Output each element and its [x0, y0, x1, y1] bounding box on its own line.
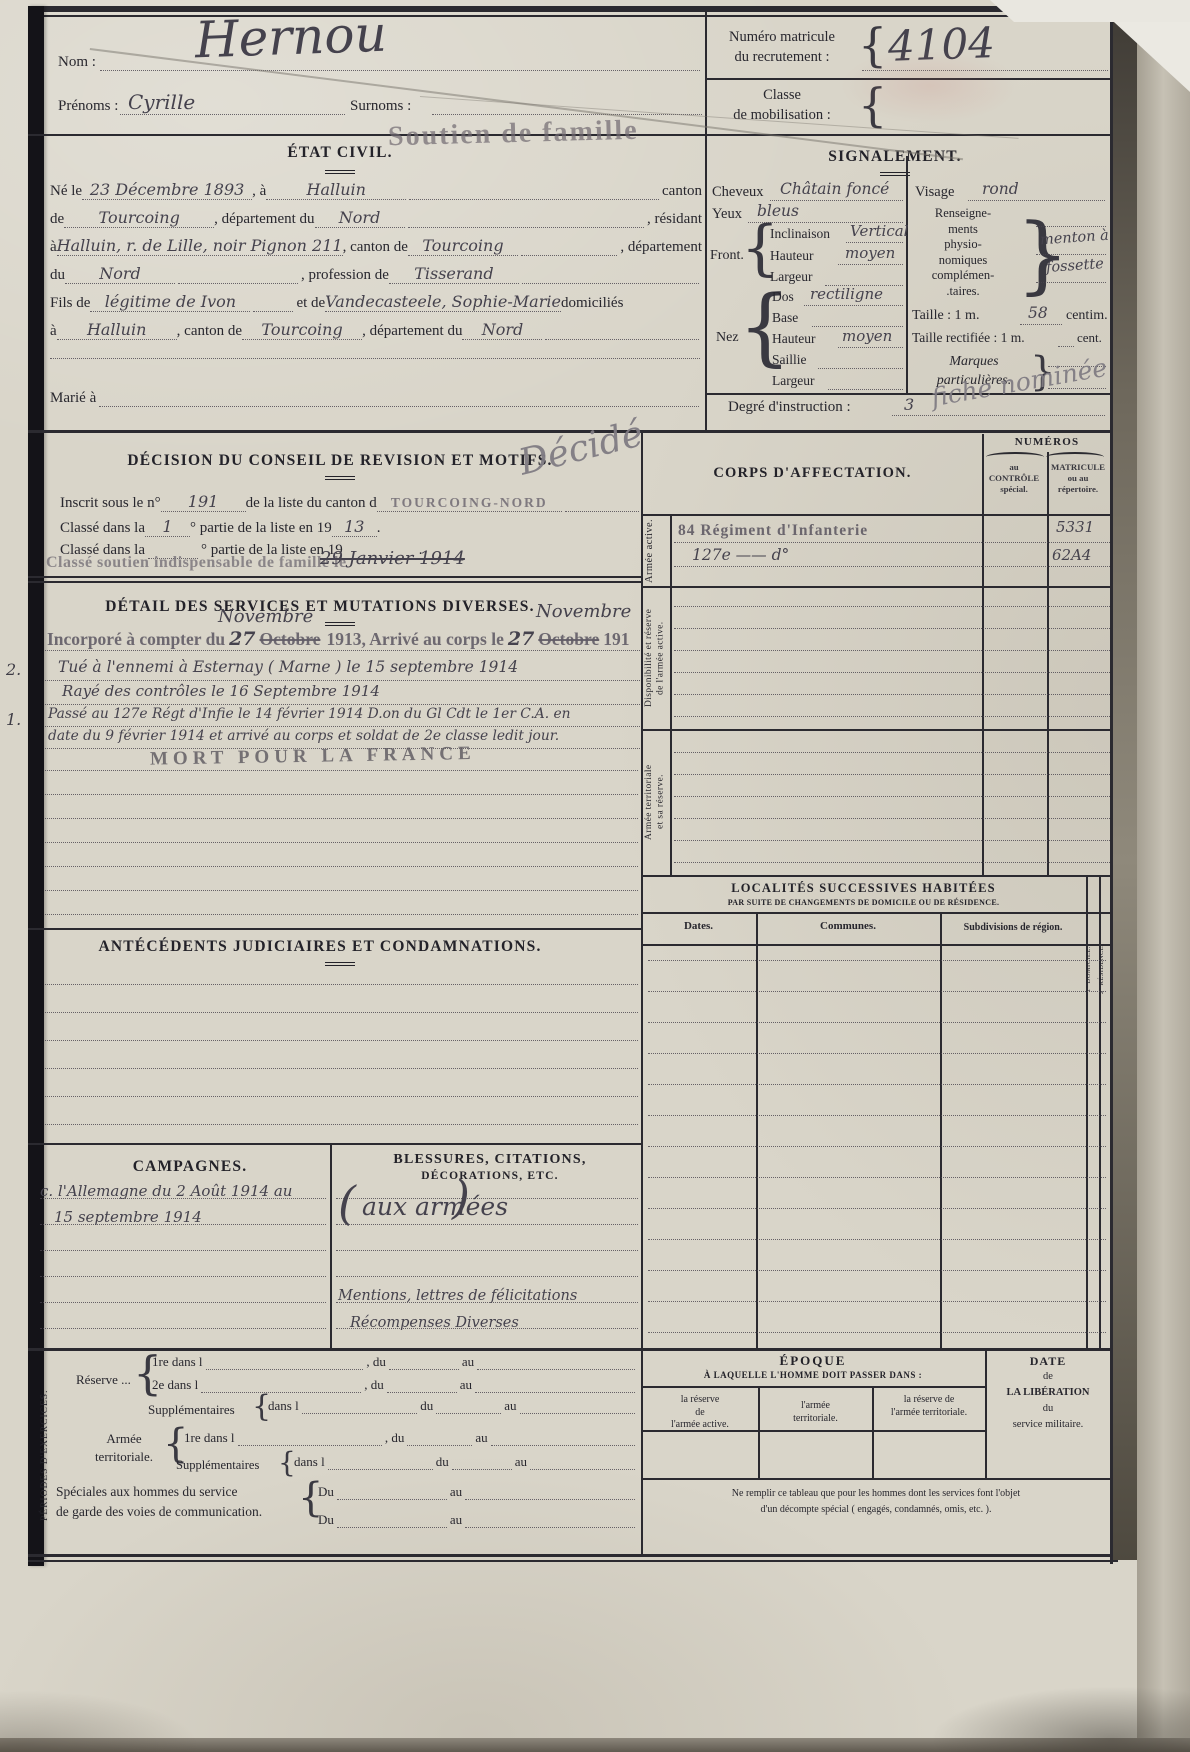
dotted-line — [674, 818, 1110, 819]
domicile-parents-line: à Halluin , canton de Tourcoing , départ… — [50, 320, 702, 340]
label: ° partie de la liste en 19 — [190, 520, 332, 537]
speciales-line-1: Spéciales aux hommes du service — [56, 1484, 237, 1500]
dotted-fill — [328, 1465, 433, 1470]
annee: 13 — [332, 517, 377, 537]
label: au — [462, 1354, 474, 1370]
col-line — [756, 912, 758, 1348]
col-line — [872, 1386, 874, 1478]
dotted-line — [648, 1270, 1106, 1271]
dotted-line — [1036, 282, 1106, 283]
numero-liste: 191 — [161, 492, 246, 512]
dotted-line — [1036, 254, 1106, 255]
dotted-line — [648, 1239, 1106, 1240]
supplementaires-label-2: Supplémentaires — [176, 1458, 259, 1473]
dotted-fill — [545, 335, 699, 340]
label: , canton de — [343, 239, 408, 256]
armee-territoriale-label: Armée territoriale. — [84, 1430, 164, 1466]
territoriale-label: Armée territoriale et sa réserve. — [644, 732, 668, 872]
dotted-line — [648, 1053, 1106, 1054]
rule — [641, 912, 1110, 914]
dotted-line — [432, 114, 702, 115]
dotted-fill — [521, 251, 617, 256]
campagnes-divider — [330, 1143, 332, 1348]
label: canton — [662, 183, 702, 200]
dotted-fill — [522, 279, 699, 284]
subdivisions-col-header: Subdivisions de région. — [940, 922, 1086, 933]
title-rule — [325, 622, 355, 626]
degre-value: 3 — [904, 395, 914, 414]
label: , département du — [214, 211, 314, 228]
dotted-line — [674, 672, 1110, 673]
dos-label: Dos — [772, 289, 794, 305]
dotted-line — [648, 1332, 1106, 1333]
label: au — [475, 1430, 487, 1446]
dotted-line — [45, 650, 640, 651]
dotted-fill — [253, 307, 293, 312]
base-label: Base — [772, 310, 798, 326]
date-label-4: du — [988, 1403, 1108, 1414]
dotted-line — [45, 680, 640, 681]
commune-parents: Halluin — [57, 320, 177, 340]
passe-line-2: date du 9 février 1914 et arrivé au corp… — [48, 728, 559, 744]
dotted-line — [674, 566, 1110, 567]
dotted-line — [45, 1068, 638, 1069]
dotted-fill — [387, 1388, 457, 1393]
regiment-stamp: 84 Régiment d'Infanterie — [678, 522, 868, 540]
incorpore-stamp-line: Incorporé à compter du 27 Octobre 1913, … — [47, 628, 643, 650]
front-label: Front. — [710, 248, 744, 264]
dotted-line — [674, 628, 1110, 629]
dotted-line — [648, 991, 1106, 992]
antecedents-title: ANTÉCÉDENTS JUDICIAIRES ET CONDAMNATIONS… — [70, 938, 570, 956]
dotted-line — [648, 1146, 1106, 1147]
stamp-residue — [840, 48, 1020, 124]
rule — [641, 1478, 1110, 1480]
localites-title: LOCALITÉS SUCCESSIVES HABITÉES — [641, 881, 1086, 896]
dotted-line — [40, 1276, 326, 1277]
soutien-indispensable-stamp: Classé soutien indispensable de famille … — [46, 554, 347, 572]
dotted-line — [674, 796, 1110, 797]
dotted-line — [40, 1250, 326, 1251]
label: Fils de — [50, 295, 90, 312]
suppl-row-2: dans l du au — [294, 1454, 638, 1470]
dotted-line — [1058, 346, 1074, 347]
dotted-line — [1036, 226, 1106, 227]
label: 1re dans l — [184, 1430, 235, 1446]
mort-pour-la-france-stamp: MORT POUR LA FRANCE — [150, 743, 450, 770]
dotted-line — [45, 1124, 638, 1125]
label: , canton de — [177, 323, 242, 340]
dotted-line — [45, 1012, 638, 1013]
dotted-fill — [409, 195, 659, 200]
nez-hauteur-value: moyen — [842, 327, 892, 345]
localites-subtitle: PAR SUITE DE CHANGEMENTS DE DOMICILE OU … — [641, 898, 1086, 907]
signalement-divider — [906, 156, 908, 393]
label: à — [50, 239, 57, 256]
departement-parents: Nord — [462, 320, 542, 340]
periodes-label: PÉRIODES D'EXERCICES. — [40, 1360, 54, 1550]
speciales-line-2: de garde des voies de communication. — [56, 1504, 262, 1520]
dotted-fill — [201, 1388, 361, 1393]
dotted-fill — [436, 1409, 501, 1414]
campagne-line-2: 15 septembre 1914 — [54, 1208, 202, 1226]
nez-largeur-label: Largeur — [772, 373, 814, 389]
epoque-title: ÉPOQUE — [641, 1353, 985, 1369]
dotted-line — [45, 818, 638, 819]
dotted-line — [828, 389, 903, 390]
decide-pencil: Décidé — [515, 413, 647, 483]
canton-naissance: Tourcoing — [64, 208, 214, 228]
section-rule — [28, 1143, 641, 1145]
dotted-fill — [465, 1495, 635, 1500]
mentions-line-2: Récompenses Diverses — [350, 1315, 519, 1331]
label: Du — [318, 1484, 334, 1500]
label: Du — [318, 1512, 334, 1528]
epoque-note-2: d'un décompte spécial ( engagés, condamn… — [648, 1504, 1104, 1515]
services-title: DÉTAIL DES SERVICES ET MUTATIONS DIVERSE… — [80, 598, 560, 616]
canton-parents: Tourcoing — [242, 320, 362, 340]
nez-hauteur-label: Hauteur — [772, 331, 815, 347]
front-hauteur-label: Hauteur — [770, 248, 813, 264]
taille-value: 58 — [1028, 304, 1048, 322]
corps-title: CORPS D'AFFECTATION. — [645, 465, 980, 482]
label: domiciliés — [561, 295, 624, 312]
parents-line: Fils de légitime de Ivon et de Vandecast… — [50, 292, 702, 312]
dotted-line — [770, 200, 903, 201]
bottom-corner-blotch — [930, 1686, 1190, 1752]
surnoms-label: Surnoms : — [350, 98, 411, 115]
taille-rectifiee-label: Taille rectifiée : 1 m. — [912, 330, 1025, 346]
visage-value: rond — [982, 180, 1019, 198]
reserve-label: Réserve ... — [76, 1372, 131, 1388]
dotted-line — [804, 305, 903, 306]
rule — [641, 1386, 985, 1388]
profession: Tisserand — [389, 264, 519, 284]
dotted-line — [838, 264, 903, 265]
dotted-line — [648, 1301, 1106, 1302]
dotted-line — [648, 1084, 1106, 1085]
dotted-line — [846, 242, 903, 243]
nez-label: Nez — [716, 330, 739, 346]
dotted-line — [648, 960, 1106, 961]
hw-day: 27 — [508, 628, 534, 650]
birth-place: Halluin — [266, 180, 406, 200]
group-rule — [641, 586, 1110, 588]
dotted-fill — [520, 1409, 636, 1414]
section-rule — [28, 576, 641, 578]
dotted-line — [648, 1208, 1106, 1209]
classe-label: Classe de mobilisation : — [712, 86, 852, 125]
dotted-fill — [491, 1441, 635, 1446]
residence-line: à Halluin, r. de Lille, noir Pignon 211 … — [50, 236, 702, 256]
label: de — [50, 211, 64, 228]
residence-col-label: 2° RÉSIDENCE. — [1098, 914, 1111, 1024]
visage-label: Visage — [915, 184, 954, 201]
dotted-line — [45, 726, 640, 727]
date-label-1: DATE — [988, 1354, 1108, 1369]
title-rule — [325, 476, 355, 480]
col-line — [670, 515, 672, 875]
controle-col-header: au CONTRÔLE spécial. — [984, 462, 1044, 495]
mere: Vandecasteele, Sophie-Marie — [325, 292, 561, 312]
stamp-text: 1913, Arrivé au corps le — [326, 629, 503, 650]
nom-value: Hernou — [194, 5, 388, 70]
dotted-line — [648, 1177, 1106, 1178]
label: , résidant — [647, 211, 702, 228]
taille-rectifiee-unit: cent. — [1077, 330, 1102, 346]
label: 1re dans l — [152, 1354, 203, 1370]
epoque-note-1: Ne remplir ce tableau que pour les homme… — [648, 1488, 1104, 1499]
top-rule-thin — [28, 15, 1118, 17]
renseignements-label: Renseigne- ments physio- nomiques complé… — [912, 206, 1014, 299]
dotted-line — [45, 914, 638, 915]
dotted-line — [674, 774, 1110, 775]
label: du — [420, 1398, 433, 1414]
label: 2e dans l — [152, 1377, 198, 1393]
label: Marié à — [50, 390, 96, 407]
col-line — [940, 912, 942, 1348]
dotted-line — [892, 415, 1105, 416]
divider-top — [705, 6, 707, 430]
label: à — [50, 323, 57, 340]
profession-line: du Nord , profession de Tisserand — [50, 264, 702, 284]
brace-arc — [986, 452, 1044, 462]
rule — [641, 875, 1110, 877]
label: au — [515, 1454, 527, 1470]
label: , du — [366, 1354, 386, 1370]
paren-close: ) — [452, 1170, 470, 1224]
right-fold-band — [1113, 6, 1137, 1560]
stamp-text: 191 — [603, 629, 629, 650]
dotted-fill — [530, 1465, 635, 1470]
dotted-line — [818, 368, 903, 369]
label: du — [50, 267, 65, 284]
dotted-line — [968, 200, 1105, 201]
torn-edge-strip — [1137, 0, 1190, 1752]
date-box-divider — [985, 1351, 987, 1478]
margin-2: 2. — [6, 660, 21, 679]
regiment-2: 127e —— d° — [692, 546, 789, 564]
birth-line: Né le 23 Décembre 1893 , à Halluin canto… — [50, 180, 702, 200]
margin-1: 1. — [6, 710, 21, 729]
soutien-date: 29 Janvier 1914 — [320, 548, 465, 569]
date-label-2: de — [988, 1371, 1108, 1382]
dotted-line — [1020, 324, 1062, 325]
dotted-fill — [407, 1441, 472, 1446]
scanned-form-page: Nom : Hernou Prénoms : Cyrille Surnoms :… — [0, 0, 1190, 1752]
date-label-5: service militaire. — [988, 1419, 1108, 1430]
section-rule — [28, 1348, 1110, 1351]
aux-armees: aux armées — [362, 1192, 508, 1221]
stamp-octobre: Octobre — [538, 629, 599, 650]
disponibilite-label: Disponibilité et réserve de l'armée acti… — [644, 590, 668, 726]
dotted-fill — [337, 1495, 447, 1500]
birth-date: 23 Décembre 1893 — [82, 180, 252, 200]
dotted-line — [674, 862, 1110, 863]
dotted-line — [45, 1096, 638, 1097]
bottom-rule-thick — [28, 1554, 1118, 1557]
dotted-line — [648, 1115, 1106, 1116]
dotted-line — [674, 606, 1110, 607]
dotted-line — [336, 1224, 638, 1225]
cheveux-value: Châtain foncé — [780, 180, 889, 198]
dotted-line — [40, 1328, 326, 1329]
passe-line-1: Passé au 127e Régt d'Infie le 14 février… — [48, 706, 571, 722]
dotted-fill — [408, 223, 644, 228]
label: , du — [364, 1377, 384, 1393]
domicile-col-label: 1° DOMICILE. — [1085, 914, 1098, 1024]
section-rule — [28, 581, 641, 583]
partie-num: 1 — [145, 517, 190, 537]
brace-arc — [1046, 452, 1104, 462]
label: , profession de — [301, 267, 389, 284]
dotted-line — [336, 1276, 638, 1277]
label: au — [504, 1398, 516, 1414]
supplementaires-label: Supplémentaires — [148, 1402, 235, 1418]
label: du — [436, 1454, 449, 1470]
territoriale-row-1: 1re dans l , du au — [184, 1430, 638, 1446]
garde-row-1: Du au — [318, 1484, 638, 1500]
stamp-text: Incorporé à compter du — [47, 629, 225, 650]
tue-line: Tué à l'ennemi à Esternay ( Marne ) le 1… — [58, 658, 518, 676]
stamp-octobre: Octobre — [260, 629, 321, 650]
dotted-line — [45, 770, 638, 771]
dotted-fill — [302, 1409, 418, 1414]
dotted-fill — [337, 1523, 447, 1528]
label: Classé dans la — [60, 520, 145, 537]
dotted-line — [336, 1250, 638, 1251]
armee-active-label: Armée active. — [644, 518, 668, 584]
epoque-subtitle: À LAQUELLE L'HOMME DOIT PASSER DANS : — [641, 1370, 985, 1380]
decision-title: DÉCISION DU CONSEIL DE REVISION ET MOTIF… — [100, 452, 580, 470]
label: dans l — [294, 1454, 325, 1470]
renseignements-value-1: menton à — [1040, 228, 1110, 249]
mentions-line-1: Mentions, lettres de félicitations — [338, 1288, 577, 1304]
dotted-line — [45, 842, 638, 843]
military-record-scan: { "glyphs":{"lbrace":"{","rbrace":"}"}, … — [0, 0, 1190, 1752]
renseignements-value-2: fossette — [1046, 256, 1105, 276]
label: . — [377, 520, 381, 537]
prenoms-value: Cyrille — [128, 90, 195, 114]
col-line — [758, 1386, 760, 1478]
epoque-col-2: l'armée territoriale. — [761, 1400, 870, 1425]
reserve-row-2: 2e dans l , du au — [152, 1377, 638, 1393]
dotted-fill — [477, 1365, 635, 1370]
title-rule — [325, 170, 355, 174]
matricule-label: Numéro matricule du recrutement : — [712, 28, 852, 67]
hw-day: 27 — [229, 628, 255, 650]
epoque-col-3: la réserve de l'armée territoriale. — [875, 1394, 983, 1419]
torn-top-sliver — [990, 0, 1190, 22]
dates-col-header: Dates. — [641, 920, 756, 932]
dotted-line — [674, 716, 1110, 717]
rule — [641, 944, 1110, 946]
dotted-fill — [178, 279, 298, 284]
dotted-line — [45, 890, 638, 891]
dotted-line — [838, 347, 903, 348]
rule — [641, 1430, 985, 1432]
saillie-label: Saillie — [772, 352, 807, 368]
marie-line: Marié à — [50, 390, 702, 407]
left-binding-bar — [28, 6, 44, 1566]
label: Inscrit sous le n° — [60, 495, 161, 512]
garde-row-2: Du au — [318, 1512, 638, 1528]
date-label-3: LA LIBÉRATION — [988, 1387, 1108, 1398]
bottom-left-blotch — [0, 1690, 200, 1752]
label: de la liste du canton d — [246, 495, 377, 512]
nom-label: Nom : — [58, 54, 96, 71]
degre-label: Degré d'instruction : — [728, 399, 851, 416]
suppl-row: dans l du au — [268, 1398, 638, 1414]
label: , département du — [362, 323, 462, 340]
label: , département — [620, 239, 702, 256]
taille-label: Taille : 1 m. — [912, 308, 979, 324]
dotted-line — [674, 694, 1110, 695]
bottom-rule-thin — [28, 1560, 1118, 1562]
prenoms-label: Prénoms : — [58, 98, 118, 115]
dotted-line — [45, 704, 640, 705]
dotted-fill — [99, 402, 699, 407]
departement-naissance: Nord — [315, 208, 405, 228]
dotted-line — [45, 1040, 638, 1041]
inscrit-line: Inscrit sous le n° 191 de la liste du ca… — [60, 492, 642, 512]
title-rule — [325, 962, 355, 966]
label: dans l — [268, 1398, 299, 1414]
inclinaison-value: Vertical — [850, 222, 908, 240]
label: Né le — [50, 183, 82, 200]
pere: légitime de Ivon — [90, 292, 250, 312]
dotted-line — [45, 794, 638, 795]
canton-stamp: TOURCOING-NORD — [377, 495, 562, 512]
matricule-col-header: MATRICULE ou au répertoire. — [1048, 462, 1108, 495]
novembre-correction: Novembre — [536, 601, 631, 622]
dotted-line — [120, 114, 345, 115]
soutien-famille-stamp: Soutien de famille — [388, 115, 639, 154]
dotted-fill — [238, 1441, 382, 1446]
col-line — [1047, 452, 1049, 875]
dotted-fill — [206, 1365, 364, 1370]
dotted-line — [45, 984, 638, 985]
dotted-fill — [465, 1523, 635, 1528]
dotted-line — [674, 840, 1110, 841]
communes-col-header: Communes. — [756, 920, 940, 932]
dotted-line — [674, 542, 1110, 543]
dotted-fill — [389, 1365, 459, 1370]
paren-open: ( — [338, 1176, 356, 1230]
campagnes-title: CAMPAGNES. — [90, 1158, 290, 1176]
taille-unit: centim. — [1066, 308, 1108, 324]
canton-residence: Tourcoing — [408, 236, 518, 256]
cheveux-label: Cheveux — [712, 184, 764, 201]
dotted-line — [674, 752, 1110, 753]
label: au — [460, 1377, 472, 1393]
rule — [641, 514, 1110, 516]
matricule-corps-1: 5331 — [1056, 518, 1094, 536]
campagne-line-1: c. l'Allemagne du 2 Août 1914 au — [40, 1182, 292, 1200]
matricule-corps-2: 62A4 — [1052, 546, 1091, 564]
epoque-col-1: la réserve de l'armée active. — [644, 1394, 756, 1432]
label: au — [450, 1484, 462, 1500]
numeros-header: NUMÉROS — [985, 436, 1109, 448]
label: au — [450, 1512, 462, 1528]
label: , du — [385, 1430, 405, 1446]
departement-residence: Nord — [65, 264, 175, 284]
dotted-line — [674, 650, 1110, 651]
label: et de — [296, 295, 325, 312]
blessures-title-1: BLESSURES, CITATIONS, — [350, 1152, 630, 1168]
blessures-title-2: DÉCORATIONS, ETC. — [350, 1170, 630, 1182]
dotted-fill — [452, 1465, 512, 1470]
